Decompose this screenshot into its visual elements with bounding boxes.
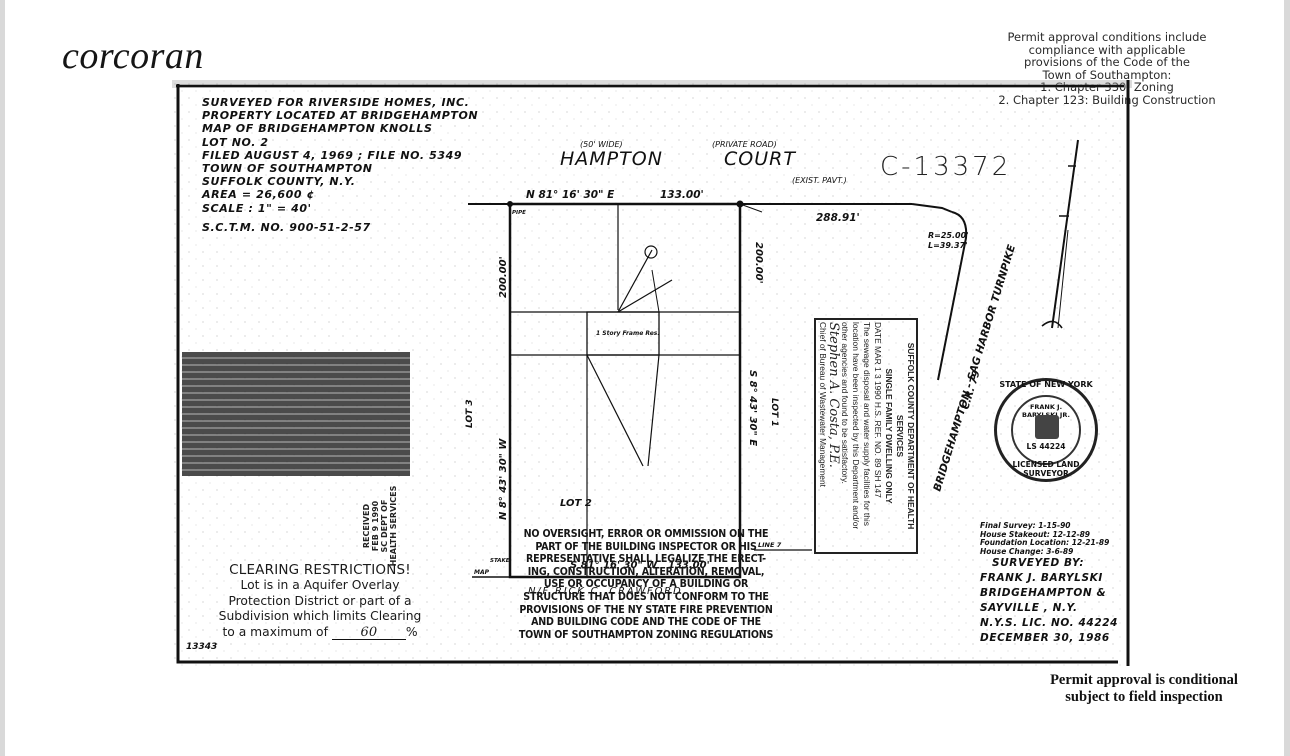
existing-pavement-note: (EXIST. PAVT.): [792, 176, 847, 185]
road-name-hampton: HAMPTON: [560, 148, 663, 170]
map-label: MAP: [474, 569, 490, 576]
curve-length: L=39.37': [928, 241, 968, 250]
brand-logo: corcoran: [62, 34, 204, 78]
east-length: 200.00': [753, 242, 764, 284]
stake-label: STAKE: [490, 558, 510, 564]
west-length: 200.00': [498, 256, 509, 298]
viewer-scrollbar[interactable]: [1284, 0, 1290, 756]
clearing-heading: CLEARING RESTRICTIONS!: [200, 562, 440, 578]
clearing-restrictions: CLEARING RESTRICTIONS! Lot is in a Aquif…: [200, 562, 440, 640]
health-signature: Stephen A. Costa, P.E.: [828, 322, 839, 550]
viewer-left-border: [0, 0, 5, 756]
corner-number: 13343: [186, 642, 217, 652]
lot-3-label: LOT 3: [465, 399, 475, 428]
road-extension-length: 288.91': [816, 212, 860, 224]
east-bearing: S 8° 43' 30" E: [747, 370, 758, 446]
curve-radius: R=25.00': [928, 231, 969, 240]
oversight-notice: NO OVERSIGHT, ERROR OR OMMISSION ON THE …: [508, 528, 784, 641]
sctm-number: S.C.T.M. NO. 900-51-2-57: [202, 221, 478, 234]
house-label: 1 Story Frame Res.: [596, 330, 660, 337]
pipe-label: PIPE: [512, 210, 526, 216]
north-bearing: N 81° 16' 30" E: [526, 189, 615, 201]
clearing-max-value: 60: [332, 627, 406, 640]
surveyor-info: Final Survey: 1-15-90 House Stakeout: 12…: [980, 522, 1118, 646]
lot-2-label: LOT 2: [560, 498, 592, 509]
permit-conditions-bottom: Permit approval is conditional subject t…: [1042, 672, 1246, 706]
redacted-text-block: [182, 352, 410, 476]
health-department-approval: SUFFOLK COUNTY DEPARTMENT OF HEALTH SERV…: [814, 318, 918, 554]
lot-1-label: LOT 1: [769, 398, 779, 427]
survey-title-block: SURVEYED FOR RIVERSIDE HOMES, INC. PROPE…: [202, 96, 478, 234]
north-length: 133.00': [660, 189, 704, 201]
file-number: C-13372: [880, 152, 1011, 182]
road-name-court: COURT: [724, 148, 796, 170]
state-emblem-icon: [1035, 415, 1059, 439]
surveyor-seal: STATE OF NEW YORK FRANK J. BARYLSKI JR. …: [994, 378, 1098, 482]
west-bearing: N 8° 43' 30" W: [498, 438, 509, 520]
